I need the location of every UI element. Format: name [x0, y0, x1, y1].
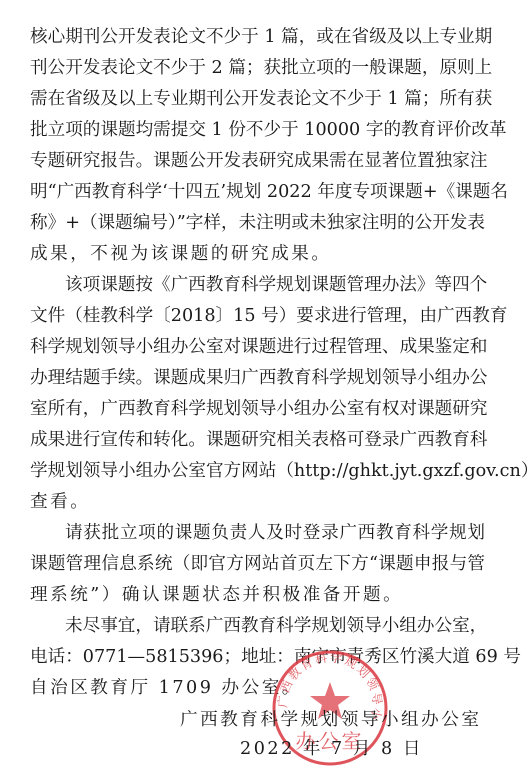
text-line: 文件（桂教科学〔2018〕15 号）要求进行管理，由广西教育 — [30, 305, 485, 327]
text-line: 刊公开发表论文不少于 2 篇；获批立项的一般课题，原则上 — [30, 57, 485, 79]
issuer-name: 广西教育科学规划领导小组办公室 — [180, 706, 481, 731]
issue-date: 2022 年 7 月 8 日 — [240, 735, 423, 760]
text-line: 自治区教育厅 1709 办公室。 — [30, 677, 302, 699]
text-line: 需在省级及以上专业期刊公开发表论文不少于 1 篇；所有获 — [30, 88, 485, 110]
text-line: 未尽事宜，请联系广西教育科学规划领导小组办公室， — [65, 615, 485, 637]
text-line: 办理结题手续。课题成果归广西教育科学规划领导小组办公 — [30, 367, 485, 389]
text-line: 成果，不视为该课题的研究成果。 — [30, 243, 331, 265]
text-line: 称》+（课题编号）”字样，未注明或未独家注明的公开发表 — [30, 212, 485, 234]
text-line: 请获批立项的课题负责人及时登录广西教育科学规划 — [65, 522, 485, 544]
text-line-phone-address: 电话：0771—5815396；地址：南宁市青秀区竹溪大道 69 号 — [30, 646, 485, 668]
text-line: 理系统”）确认课题状态并积极准备开题。 — [30, 584, 403, 606]
text-line: 该项课题按《广西教育科学规划课题管理办法》等四个 — [65, 274, 485, 296]
text-line: 课题管理信息系统（即官方网站首页左下方“课题申报与管 — [30, 553, 485, 575]
text-line: 专题研究报告。课题公开发表研究成果需在显著位置独家注 — [30, 150, 485, 172]
text-line: 查看。 — [30, 491, 90, 513]
text-line: 明“广西教育科学‘十四五’规划 2022 年度专项课题+《课题名 — [30, 181, 485, 203]
text-line: 核心期刊公开发表论文不少于 1 篇，或在省级及以上专业期 — [30, 26, 485, 48]
text-line: 室所有，广西教育科学规划领导小组办公室有权对课题研究 — [30, 398, 485, 420]
text-line: 批立项的课题均需提交 1 份不少于 10000 字的教育评价改革 — [30, 119, 485, 141]
text-line-website: 学规划领导小组办公室官方网站（http://ghkt.jyt.gxzf.gov.… — [30, 460, 485, 482]
document-page: 核心期刊公开发表论文不少于 1 篇，或在省级及以上专业期 刊公开发表论文不少于 … — [0, 0, 532, 772]
text-line: 科学规划领导小组办公室对课题进行过程管理、成果鉴定和 — [30, 336, 485, 358]
text-line: 成果进行宣传和转化。课题研究相关表格可登录广西教育科 — [30, 429, 485, 451]
